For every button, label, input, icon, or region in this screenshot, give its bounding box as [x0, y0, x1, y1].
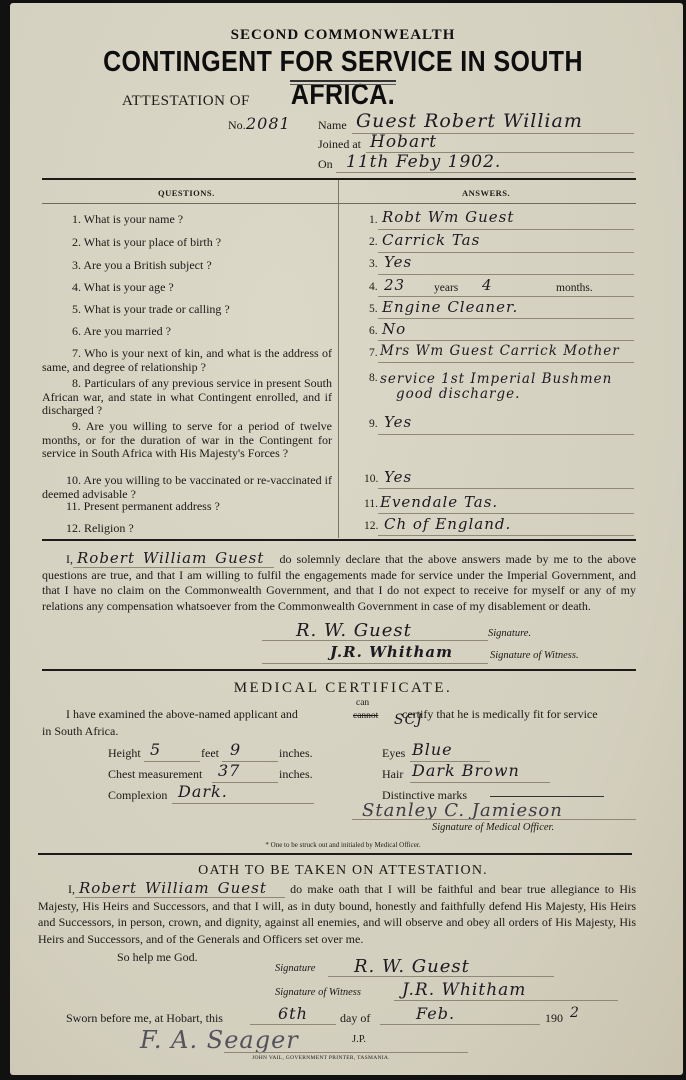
sworn-month: Feb.	[416, 1004, 455, 1023]
answer-12-line	[378, 535, 634, 536]
column-divider	[338, 180, 339, 538]
answer-9-line	[378, 434, 634, 435]
oath-signature-label: Signature	[275, 963, 315, 974]
answer-6: No	[382, 320, 406, 338]
answer-11: Evendale Tas.	[380, 493, 498, 511]
medical-text-line2: in South Africa.	[42, 724, 118, 739]
so-help-me-god: So help me God.	[117, 950, 198, 965]
medical-officer-signature: Stanley C. Jamieson	[362, 800, 563, 821]
name-value: Guest Robert William	[356, 110, 583, 132]
answer-6-line	[378, 340, 634, 341]
hair-value: Dark Brown	[412, 761, 520, 780]
hair-line	[410, 782, 550, 783]
answer-2-num: 2.	[369, 236, 378, 248]
witness-line	[262, 663, 488, 664]
header-divider	[42, 178, 636, 180]
complexion-label: Complexion	[108, 788, 167, 803]
answer-12-num: 12.	[364, 520, 378, 532]
joined-label: Joined at	[318, 137, 361, 152]
oath-name: Robert William Guest	[75, 879, 285, 898]
sworn-month-line	[380, 1024, 540, 1025]
declaration-name: Robert William Guest	[73, 549, 274, 568]
question-1: 1. What is your name ?	[72, 213, 183, 227]
eyes-label: Eyes	[382, 746, 405, 761]
answer-4-line	[378, 296, 634, 297]
title-underline	[290, 80, 396, 82]
questions-header: QUESTIONS.	[158, 188, 215, 198]
answer-8-num: 8.	[369, 372, 378, 384]
chest-inches-label: inches.	[279, 767, 313, 782]
signature-label: Signature.	[488, 628, 531, 639]
answer-8: service 1st Imperial Bushmen	[380, 371, 612, 387]
question-6: 6. Are you married ?	[72, 325, 171, 339]
sworn-label: Sworn before me, at Hobart, this	[66, 1011, 223, 1026]
answer-4-months: 4	[482, 276, 493, 294]
question-8: 8. Particulars of any previous service i…	[42, 377, 332, 418]
on-value: 11th Feby 1902.	[346, 152, 501, 172]
medical-cannot: cannot	[353, 711, 378, 721]
answer-9: Yes	[384, 413, 412, 431]
answer-4-months-label: months.	[556, 282, 593, 294]
inches-label: inches.	[279, 746, 313, 761]
answer-1-line	[378, 229, 634, 230]
answer-3: Yes	[384, 253, 412, 271]
question-11: 11. Present permanent address ?	[66, 500, 220, 514]
answer-3-num: 3.	[369, 258, 378, 270]
on-label: On	[318, 157, 333, 172]
answer-10: Yes	[384, 468, 412, 486]
table-bottom-divider	[42, 539, 636, 541]
medical-officer-line	[352, 819, 636, 820]
answer-4-years: 23	[384, 276, 405, 294]
medical-divider	[38, 853, 632, 855]
answer-2: Carrick Tas	[382, 231, 480, 249]
chest-value: 37	[218, 761, 240, 780]
medical-title: MEDICAL CERTIFICATE.	[0, 680, 686, 697]
answer-1: Robt Wm Guest	[382, 208, 514, 226]
medical-footnote: * One to be struck out and initialed by …	[0, 841, 686, 849]
answer-5: Engine Cleaner.	[382, 298, 518, 316]
answer-11-line	[378, 513, 634, 514]
question-3: 3. Are you a British subject ?	[72, 259, 212, 273]
height-inches: 9	[230, 740, 241, 759]
answer-4-num: 4.	[369, 281, 378, 293]
medical-can: can	[356, 698, 369, 708]
answer-11-num: 11.	[364, 498, 378, 510]
answer-5-num: 5.	[369, 303, 378, 315]
question-12: 12. Religion ?	[66, 522, 134, 536]
height-feet: 5	[150, 740, 161, 759]
declaration-divider	[42, 669, 636, 671]
declaration-text: I,Robert William Guest do solemnly decla…	[42, 551, 636, 614]
answer-3-line	[378, 274, 634, 275]
question-9: 9. Are you willing to serve for a period…	[42, 420, 332, 461]
answer-5-line	[378, 318, 634, 319]
question-10: 10. Are you willing to be vaccinated or …	[42, 474, 332, 501]
question-2: 2. What is your place of birth ?	[72, 236, 221, 250]
oath-signature: R. W. Guest	[354, 956, 470, 977]
oath-witness: J.R. Whitham	[402, 980, 526, 1000]
declaration-witness: J.R. Whitham	[330, 643, 453, 661]
eyes-value: Blue	[412, 740, 453, 759]
height-label: Height	[108, 746, 141, 761]
answer-12: Ch of England.	[384, 515, 511, 533]
answer-7-num: 7.	[369, 347, 378, 359]
witness-label: Signature of Witness.	[490, 650, 579, 661]
answer-7-line	[378, 362, 634, 363]
jp-line	[224, 1052, 468, 1053]
jp-signature: F. A. Seager	[140, 1026, 299, 1054]
answer-6-num: 6.	[369, 325, 378, 337]
form-subtitle: SECOND COMMONWEALTH	[0, 27, 686, 44]
feet-label: feet	[201, 746, 219, 761]
year-prefix: 190	[545, 1011, 563, 1026]
question-4: 4. What is your age ?	[72, 281, 174, 295]
year-suffix: 2	[570, 1005, 580, 1021]
title-underline-2	[290, 84, 396, 85]
signature-line	[262, 640, 488, 641]
sworn-day: 6th	[278, 1004, 308, 1023]
name-label: Name	[318, 118, 347, 133]
no-label: No.	[228, 118, 246, 133]
sworn-day-line	[250, 1024, 336, 1025]
on-line	[336, 172, 634, 173]
question-7: 7. Who is your next of kin, and what is …	[42, 347, 332, 374]
height-feet-line	[144, 761, 200, 762]
question-5: 5. What is your trade or calling ?	[72, 303, 230, 317]
oath-witness-label: Signature of Witness	[275, 987, 361, 998]
oath-title: OATH TO BE TAKEN ON ATTESTATION.	[0, 863, 686, 879]
declaration-signature: R. W. Guest	[296, 620, 412, 641]
answer-10-line	[378, 488, 634, 489]
oath-signature-line	[328, 976, 554, 977]
answer-8-line2: good discharge.	[396, 386, 520, 402]
answer-9-num: 9.	[369, 418, 378, 430]
oath-witness-line	[394, 1000, 618, 1001]
medical-text-after: certify that he is medically fit for ser…	[402, 707, 598, 722]
medical-officer-label: Signature of Medical Officer.	[432, 822, 554, 833]
complexion-line	[172, 803, 314, 804]
jp-label: J.P.	[352, 1034, 366, 1045]
printer-imprint: JOHN VAIL, GOVERNMENT PRINTER, TASMANIA.	[252, 1055, 390, 1061]
answer-10-num: 10.	[364, 473, 378, 485]
answer-1-num: 1.	[369, 214, 378, 226]
complexion-value: Dark.	[178, 782, 228, 801]
answer-4-years-label: years	[434, 282, 458, 294]
answer-7: Mrs Wm Guest Carrick Mother	[380, 343, 620, 359]
hair-label: Hair	[382, 767, 403, 782]
answer-2-line	[378, 252, 634, 253]
oath-text: I,Robert William Guest do make oath that…	[38, 880, 636, 947]
joined-value: Hobart	[370, 132, 437, 152]
attestation-label: ATTESTATION OF	[122, 93, 250, 110]
chest-label: Chest measurement	[108, 767, 202, 782]
no-value: 2081	[246, 114, 291, 133]
table-header-line	[42, 203, 636, 204]
day-of-label: day of	[340, 1011, 370, 1026]
medical-text-before: I have examined the above-named applican…	[66, 707, 298, 722]
marks-line	[490, 796, 604, 797]
answers-header: ANSWERS.	[462, 188, 510, 198]
